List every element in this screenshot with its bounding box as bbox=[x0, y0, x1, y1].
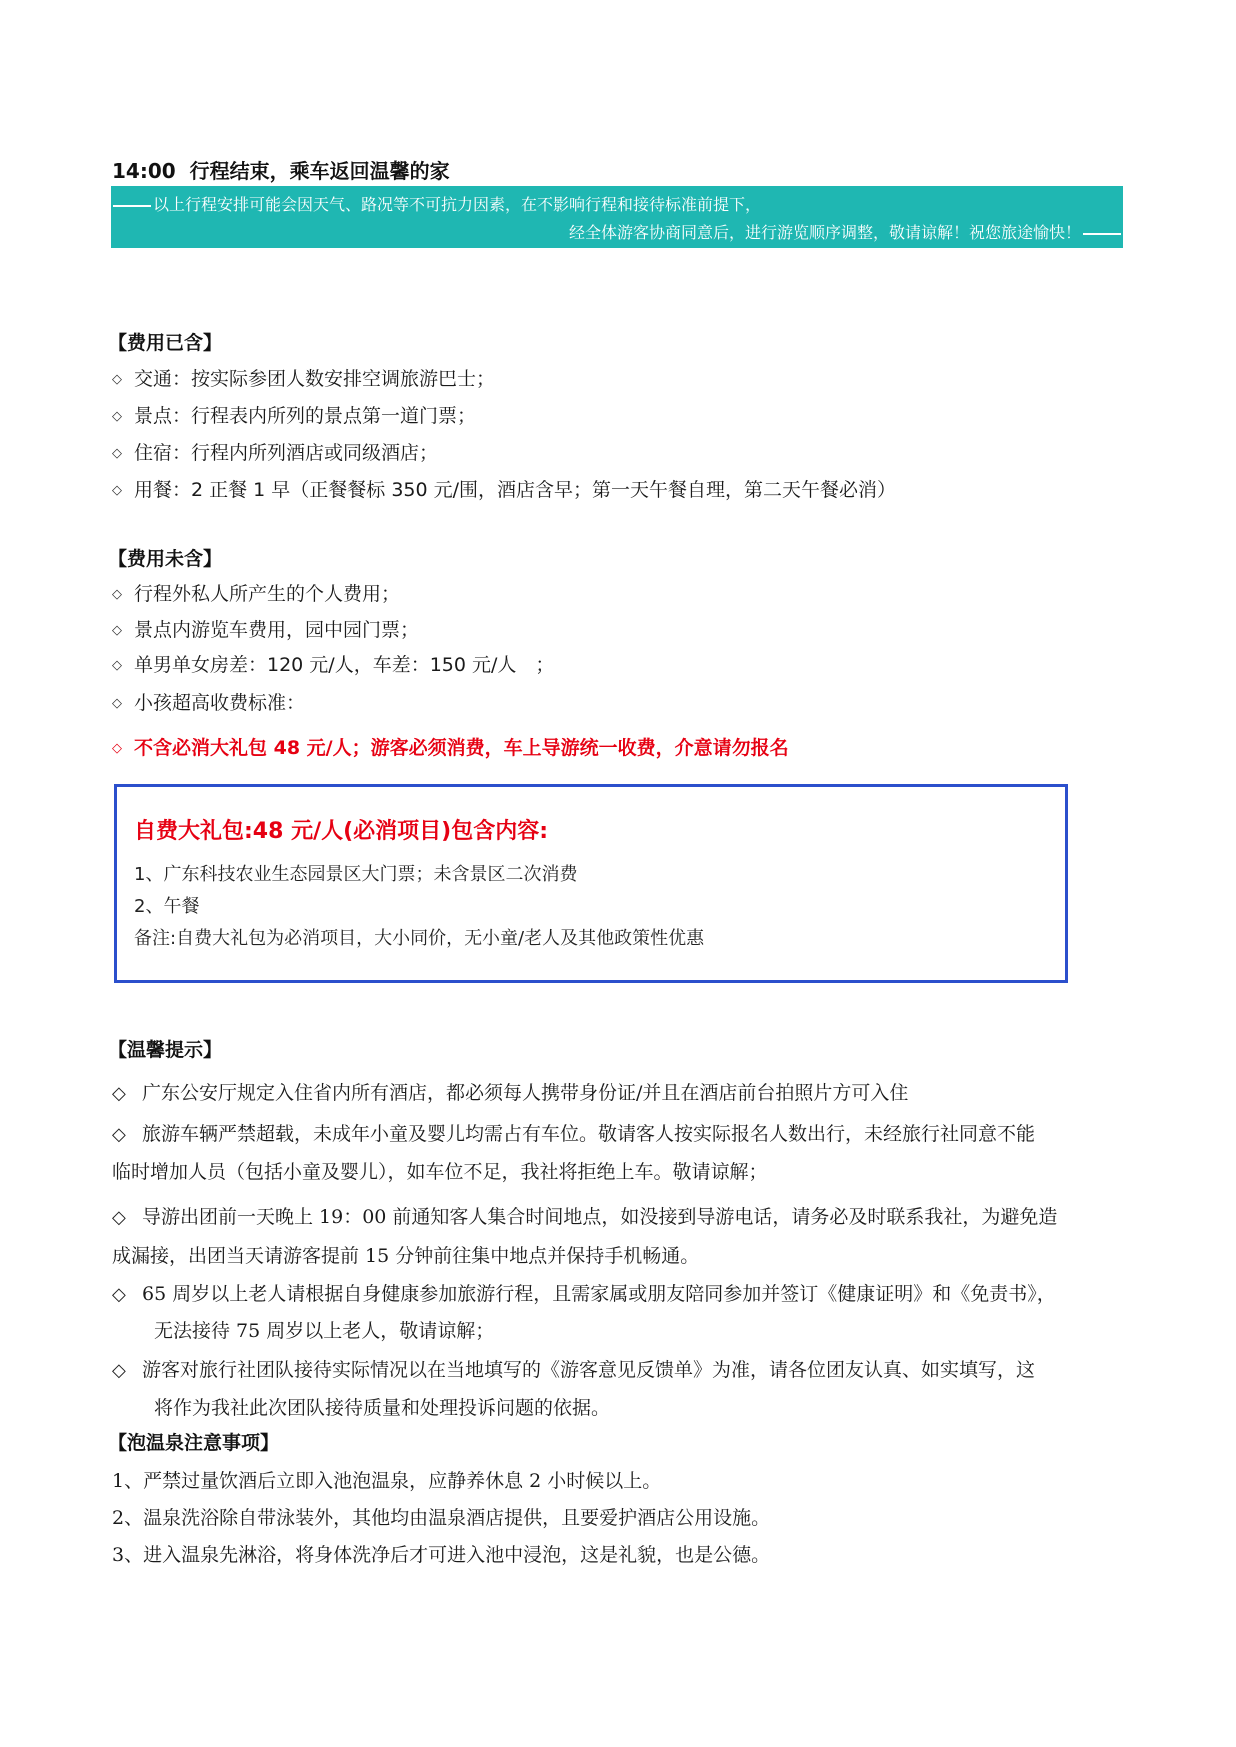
dash-decoration bbox=[1083, 233, 1121, 235]
diamond-bullet-icon: ◇ bbox=[112, 446, 134, 461]
item-text: 交通：按实际参团人数安排空调旅游巴士； bbox=[134, 368, 495, 390]
dash-decoration bbox=[113, 205, 151, 207]
tip-text: 广东公安厅规定入住省内所有酒店，都必须每人携带身份证/并且在酒店前台拍照片方可入… bbox=[142, 1082, 908, 1104]
item-text: 单男单女房差：120 元/人，车差：150 元/人 ； bbox=[134, 654, 554, 676]
warning-text: 不含必消大礼包 48 元/人；游客必须消费，车上导游统一收费，介意请勿报名 bbox=[134, 737, 789, 759]
gift-package-line: 1、广东科技农业生态园景区大门票；未含景区二次消费 bbox=[134, 860, 577, 886]
fees-included-item: ◇交通：按实际参团人数安排空调旅游巴士； bbox=[112, 364, 495, 391]
diamond-bullet-icon: ◇ bbox=[112, 1124, 142, 1145]
fees-excluded-item: ◇小孩超高收费标准： bbox=[112, 688, 305, 715]
notice-line-1-text: 以上行程安排可能会因天气、路况等不可抗力因素，在不影响行程和接待标准前提下， bbox=[153, 195, 761, 214]
fees-excluded-item: ◇行程外私人所产生的个人费用； bbox=[112, 579, 400, 606]
item-text: 景点内游览车费用，园中园门票； bbox=[134, 619, 419, 641]
gift-package-title: 自费大礼包:48 元/人(必消项目)包含内容: bbox=[134, 814, 548, 845]
tip-item: ◇游客对旅行社团队接待实际情况以在当地填写的《游客意见反馈单》为准，请各位团友认… bbox=[112, 1355, 1035, 1382]
fees-excluded-heading: 【费用未含】 bbox=[108, 544, 222, 571]
diamond-bullet-icon: ◇ bbox=[112, 1083, 142, 1104]
item-text: 小孩超高收费标准： bbox=[134, 692, 305, 714]
mandatory-package-warning: ◇不含必消大礼包 48 元/人；游客必须消费，车上导游统一收费，介意请勿报名 bbox=[112, 733, 789, 760]
item-text: 行程外私人所产生的个人费用； bbox=[134, 583, 400, 605]
tip-continuation: 成漏接，出团当天请游客提前 15 分钟前往集中地点并保持手机畅通。 bbox=[112, 1241, 699, 1268]
diamond-bullet-icon: ◇ bbox=[112, 1360, 142, 1381]
hot-spring-item: 1、严禁过量饮酒后立即入池泡温泉，应静养休息 2 小时候以上。 bbox=[112, 1466, 661, 1493]
tip-continuation: 临时增加人员（包括小童及婴儿），如车位不足，我社将拒绝上车。敬请谅解； bbox=[112, 1157, 768, 1184]
diamond-bullet-icon: ◇ bbox=[112, 741, 134, 756]
fees-excluded-item: ◇景点内游览车费用，园中园门票； bbox=[112, 615, 419, 642]
tip-continuation: 将作为我社此次团队接待质量和处理投诉问题的依据。 bbox=[154, 1393, 610, 1420]
notice-line-1: 以上行程安排可能会因天气、路况等不可抗力因素，在不影响行程和接待标准前提下， bbox=[111, 192, 761, 215]
fees-excluded-item: ◇单男单女房差：120 元/人，车差：150 元/人 ； bbox=[112, 650, 554, 677]
diamond-bullet-icon: ◇ bbox=[112, 1207, 142, 1228]
tip-item: ◇65 周岁以上老人请根据自身健康参加旅游行程，且需家属或朋友陪同参加并签订《健… bbox=[112, 1279, 1056, 1306]
item-text: 用餐：2 正餐 1 早（正餐餐标 350 元/围，酒店含早；第一天午餐自理，第二… bbox=[134, 479, 896, 501]
notice-line-2-text: 经全体游客协商同意后，进行游览顺序调整，敬请谅解！祝您旅途愉快！ bbox=[569, 223, 1081, 242]
tip-item: ◇旅游车辆严禁超载，未成年小童及婴儿均需占有车位。敬请客人按实际报名人数出行，未… bbox=[112, 1119, 1035, 1146]
item-text: 景点：行程表内所列的景点第一道门票； bbox=[134, 405, 476, 427]
itinerary-end-time: 14:00 bbox=[112, 159, 176, 183]
tips-heading: 【温馨提示】 bbox=[108, 1035, 222, 1062]
diamond-bullet-icon: ◇ bbox=[112, 587, 134, 602]
tip-continuation: 无法接待 75 周岁以上老人，敬请谅解； bbox=[154, 1316, 494, 1343]
diamond-bullet-icon: ◇ bbox=[112, 483, 134, 498]
diamond-bullet-icon: ◇ bbox=[112, 696, 134, 711]
diamond-bullet-icon: ◇ bbox=[112, 372, 134, 387]
diamond-bullet-icon: ◇ bbox=[112, 623, 134, 638]
hot-spring-item: 3、进入温泉先淋浴，将身体洗净后才可进入池中浸泡，这是礼貌，也是公德。 bbox=[112, 1540, 770, 1567]
diamond-bullet-icon: ◇ bbox=[112, 409, 134, 424]
gift-package-line: 2、午餐 bbox=[134, 892, 199, 918]
tip-text: 游客对旅行社团队接待实际情况以在当地填写的《游客意见反馈单》为准，请各位团友认真… bbox=[142, 1359, 1035, 1381]
diamond-bullet-icon: ◇ bbox=[112, 658, 134, 673]
item-text: 住宿：行程内所列酒店或同级酒店； bbox=[134, 442, 438, 464]
hot-spring-item: 2、温泉洗浴除自带泳装外，其他均由温泉酒店提供，且要爱护酒店公用设施。 bbox=[112, 1503, 770, 1530]
diamond-bullet-icon: ◇ bbox=[112, 1284, 142, 1305]
gift-package-box: 自费大礼包:48 元/人(必消项目)包含内容: 1、广东科技农业生态园景区大门票… bbox=[114, 784, 1068, 983]
itinerary-end-title: 14:00 行程结束，乘车返回温馨的家 bbox=[112, 155, 450, 184]
fees-included-heading: 【费用已含】 bbox=[108, 328, 222, 355]
fees-included-item: ◇用餐：2 正餐 1 早（正餐餐标 350 元/围，酒店含早；第一天午餐自理，第… bbox=[112, 475, 896, 502]
notice-band: 以上行程安排可能会因天气、路况等不可抗力因素，在不影响行程和接待标准前提下， 经… bbox=[111, 186, 1123, 248]
itinerary-end-text: 行程结束，乘车返回温馨的家 bbox=[190, 159, 450, 183]
fees-included-item: ◇住宿：行程内所列酒店或同级酒店； bbox=[112, 438, 438, 465]
tip-item: ◇广东公安厅规定入住省内所有酒店，都必须每人携带身份证/并且在酒店前台拍照片方可… bbox=[112, 1078, 908, 1105]
notice-line-2: 经全体游客协商同意后，进行游览顺序调整，敬请谅解！祝您旅途愉快！ bbox=[569, 220, 1123, 243]
hot-spring-heading: 【泡温泉注意事项】 bbox=[108, 1428, 279, 1455]
tip-text: 旅游车辆严禁超载，未成年小童及婴儿均需占有车位。敬请客人按实际报名人数出行，未经… bbox=[142, 1123, 1035, 1145]
fees-included-item: ◇景点：行程表内所列的景点第一道门票； bbox=[112, 401, 476, 428]
tip-text: 65 周岁以上老人请根据自身健康参加旅游行程，且需家属或朋友陪同参加并签订《健康… bbox=[142, 1283, 1056, 1305]
tip-text: 导游出团前一天晚上 19：00 前通知客人集合时间地点，如没接到导游电话，请务必… bbox=[142, 1206, 1057, 1228]
tip-item: ◇导游出团前一天晚上 19：00 前通知客人集合时间地点，如没接到导游电话，请务… bbox=[112, 1202, 1057, 1229]
gift-package-note: 备注:自费大礼包为必消项目，大小同价，无小童/老人及其他政策性优惠 bbox=[134, 924, 704, 950]
